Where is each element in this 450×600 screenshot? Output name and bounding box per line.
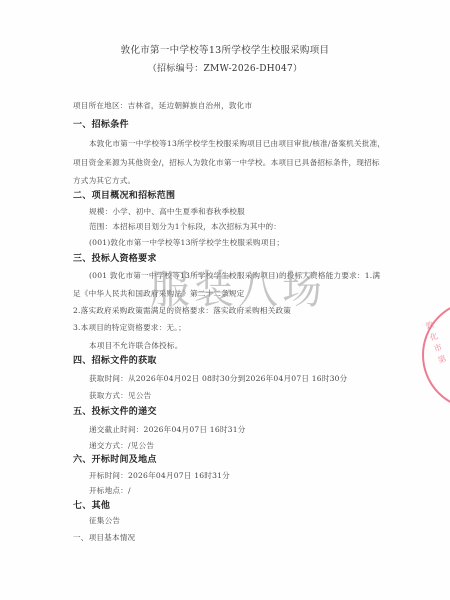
section-text: 递交截止时间：2026年04月07日 16时31分 <box>89 424 246 435</box>
section-text: 本项目不允许联合体投标。 <box>89 340 183 351</box>
section-heading-bidder-qualifications: 三、投标人资格要求 <box>73 251 157 264</box>
document-title: 敦化市第一中学校等13所学校学生校服采购项目 <box>0 42 450 56</box>
section-text: (001 敦化市第一中学校等13所学校学生校服采购项目)的投标人资格能力要求：1… <box>89 270 380 281</box>
section-heading-other: 七、其他 <box>73 498 110 511</box>
section-text: 足《中华人民共和国政府采购法》第二十二条规定 <box>73 288 244 299</box>
document-page: 敦化市第一中学校等13所学校学生校服采购项目 （招标编号：ZMW-2026-DH… <box>0 0 450 600</box>
section-text: 本敦化市第一中学校等13所学校学生校服采购项目已由项目审批/核准/备案机关批准， <box>89 138 385 149</box>
section-heading-tender-conditions: 一、招标条件 <box>73 117 129 130</box>
section-text: (001)敦化市第一中学校等13所学校学生校服采购项目； <box>89 237 284 248</box>
section-text: 3.本项目的特定资格要求：无。； <box>73 322 186 333</box>
project-location: 项目所在地区：吉林省，延边朝鲜族自治州，敦化市 <box>73 100 252 111</box>
section-text: 规模：小学、初中、高中生夏季和春秋季校服 <box>89 206 245 217</box>
section-heading-document-acquisition: 四、招标文件的获取 <box>73 353 157 366</box>
section-text: 项目资金来源为其他资金/，招标人为敦化市第一中学校。本项目已具备招标条件，现招标 <box>73 157 380 168</box>
section-text: 获取方式：见公告 <box>89 390 151 401</box>
section-text: 方式为其它方式。 <box>73 175 135 186</box>
section-heading-project-overview: 二、项目概况和招标范围 <box>73 188 175 201</box>
section-text: 2.落实政府采购政策需满足的资格要求：落实政府采购相关政策 <box>73 305 291 316</box>
section-heading-bid-opening: 六、开标时间及地点 <box>73 452 157 465</box>
project-basic-info-heading: 一、项目基本情况 <box>73 532 135 543</box>
tender-number: （招标编号：ZMW-2026-DH047） <box>0 61 450 74</box>
section-text: 范围：本招标项目划分为1个标段，本次招标为其中的： <box>89 221 281 232</box>
section-text: 递交方式：/见公告 <box>89 440 154 451</box>
section-heading-bid-submission: 五、投标文件的递交 <box>73 404 157 417</box>
section-text: 征集公告 <box>89 515 120 526</box>
section-text: 获取时间：从2026年04月02日 08时30分到2026年04月07日 16时… <box>89 373 347 384</box>
section-text: 开标地点：/ <box>89 485 131 496</box>
section-text: 开标时间：2026年04月07日 16时31分 <box>89 470 230 481</box>
